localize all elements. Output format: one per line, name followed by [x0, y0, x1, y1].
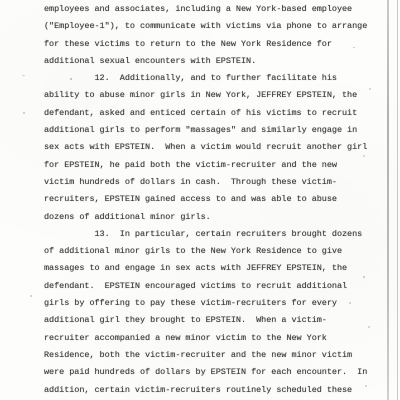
- document-line: defendant. EPSTEIN encouraged victims to…: [44, 278, 400, 295]
- document-text-block: employees and associates, including a Ne…: [44, 1, 400, 399]
- document-page: employees and associates, including a Ne…: [0, 0, 400, 400]
- scan-speck: [23, 112, 25, 114]
- scan-speck: [30, 295, 32, 297]
- document-line-paragraph-13: 13. In particular, certain recruiters br…: [44, 226, 400, 243]
- document-line: were paid hundreds of dollars by EPSTEIN…: [44, 364, 400, 381]
- document-line: employees and associates, including a Ne…: [44, 1, 400, 18]
- document-line: additional sexual encounters with EPSTEI…: [44, 53, 400, 70]
- document-line: additional girls to perform "massages" a…: [44, 122, 400, 139]
- document-line: recruiter accompanied a new minor victim…: [44, 330, 400, 347]
- document-line: ("Employee-1"), to communicate with vict…: [44, 18, 400, 35]
- scan-speck: [22, 75, 25, 76]
- document-line: for these victims to return to the New Y…: [44, 36, 400, 53]
- document-line: for EPSTEIN, he paid both the victim-rec…: [44, 157, 400, 174]
- document-line: of additional minor girls to the New Yor…: [44, 243, 400, 260]
- document-line: addition, certain victim-recruiters rout…: [44, 382, 400, 399]
- document-line-paragraph-12: 12. Additionally, and to further facilit…: [44, 70, 400, 87]
- document-line: defendant, asked and enticed certain of …: [44, 105, 400, 122]
- document-line: girls by offering to pay these victim-re…: [44, 295, 400, 312]
- document-line: victim hundreds of dollars in cash. Thro…: [44, 174, 400, 191]
- document-line: additional girl they brought to EPSTEIN.…: [44, 312, 400, 329]
- document-line: recruiters, EPSTEIN gained access to and…: [44, 191, 400, 208]
- document-line: Residence, both the victim-recruiter and…: [44, 347, 400, 364]
- document-line: sex acts with EPSTEIN. When a victim wou…: [44, 139, 400, 156]
- document-line: dozens of additional minor girls.: [44, 209, 400, 226]
- document-line: massages to and engage in sex acts with …: [44, 260, 400, 277]
- document-line: ability to abuse minor girls in New York…: [44, 87, 400, 104]
